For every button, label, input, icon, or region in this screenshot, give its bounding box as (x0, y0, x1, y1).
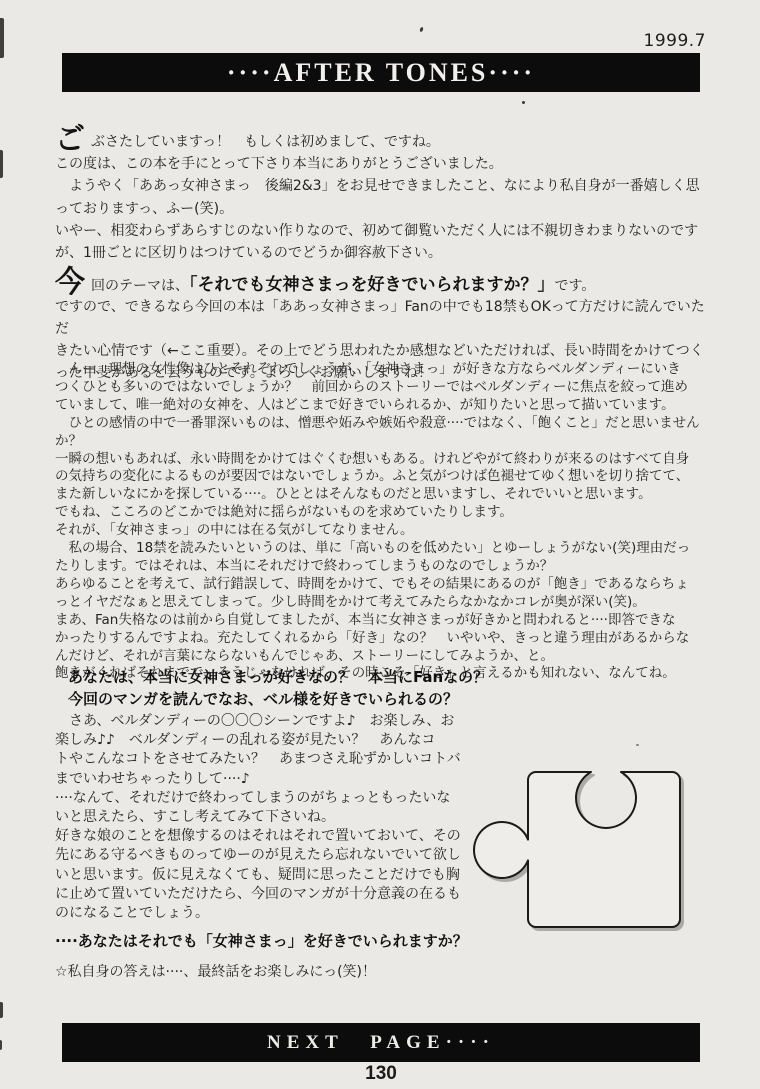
puzzle-piece-illustration (470, 760, 710, 940)
final-question: ····あなたはそれでも「女神さまっ」を好きでいられますか？ (55, 930, 468, 951)
tease-paragraph: さあ、ベルダンディーの〇〇〇シーンですよ♪ お楽しみ、お 楽しみ♪♪ ベルダンデ… (55, 712, 513, 923)
scan-speck (522, 101, 525, 104)
theme-lead-line: 回のテーマは、「それでも女神さまっを好きでいられますか？」です。 (91, 274, 595, 297)
scan-speck (636, 744, 639, 746)
footer-banner: NEXT PAGE···· (62, 1023, 700, 1062)
question-line-2: 今回のマンガを読んでなお、ベル様を好きでいられるの？ (68, 688, 488, 710)
greeting-paragraph: ご ぶさたしていますっ！ もしくは初めまして、ですね。 この度は、この本を手にと… (55, 131, 707, 264)
question-block: あなたは、本当に女神さまっが好きなの？ 本当にFanなの？ 今回のマンガを読んで… (68, 666, 488, 710)
scan-edge-artifact (0, 1040, 2, 1050)
scan-edge-artifact (0, 150, 3, 178)
theme-lead-after: です。 (555, 278, 596, 294)
question-line-1: あなたは、本当に女神さまっが好きなの？ 本当にFanなの？ (68, 666, 488, 688)
essay-paragraph: んー、理想の女性像はひとそれぞれでしょうが、「女神さまっ」が好きな方ならベルダン… (55, 361, 719, 683)
issue-date: 1999.7 (0, 31, 706, 51)
scanned-afterword-page: 1999.7 ····AFTER TONES···· ご ぶさたしていますっ！ … (0, 0, 760, 1089)
greeting-body: この度は、この本を手にとって下さり本当にありがとうございました。 ようやく「ああ… (55, 153, 707, 264)
puzzle-piece-outline (474, 772, 680, 927)
answer-line: ☆私自身の答えは····、最終話をお楽しみにっ(笑)！ (55, 961, 376, 981)
greeting-first-line: ぶさたしていますっ！ もしくは初めまして、ですね。 (91, 131, 440, 153)
scan-edge-artifact (0, 1002, 3, 1018)
next-page-label: NEXT PAGE···· (267, 1032, 495, 1054)
drop-cap-kon: 今 (55, 269, 85, 297)
theme-lead-before: 回のテーマは、 (91, 278, 189, 294)
header-banner: ····AFTER TONES···· (62, 53, 700, 92)
theme-lead-row: 今 回のテーマは、「それでも女神さまっを好きでいられますか？」です。 (55, 274, 717, 296)
greeting-lead-row: ご ぶさたしていますっ！ もしくは初めまして、ですね。 (55, 131, 707, 153)
theme-title: 「それでも女神さまっを好きでいられますか？」 (189, 275, 555, 295)
drop-cap-go: ご (55, 126, 85, 154)
page-number: 130 (62, 1063, 700, 1085)
after-tones-title: ····AFTER TONES···· (227, 58, 535, 88)
